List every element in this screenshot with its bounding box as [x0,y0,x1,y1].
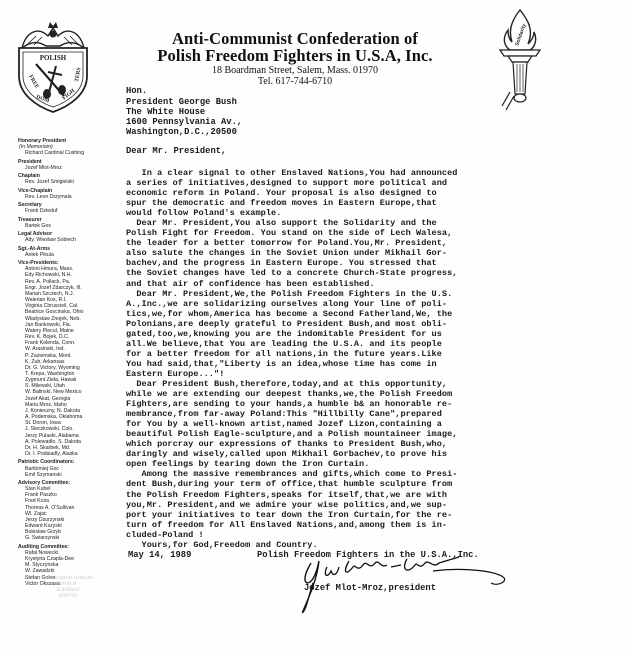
body-line: membrance,from far-away Poland:This "Hil… [126,409,457,419]
body-line: for You by a well-known artist,named Joz… [126,419,457,429]
body-line: the Polish Freedom Fighters,speaks for i… [126,490,457,500]
officer-group: ChaplainRev. Jozef Smigielski [18,173,126,185]
body-line: would follow Poland's example. [126,208,457,218]
letter-body: In a clear signal to other Enslaved Nati… [126,168,457,550]
officer-group: Legal AdvisorAtty. Wieslaw Sobiech [18,231,126,243]
salutation: Dear Mr. President, [126,146,226,156]
letter-date: May 14, 1989 [128,550,191,560]
officer-name: Jozef Mlot-Mroz [18,165,126,171]
officer-group: Patriotic Coordinators:Bartlomiej GocEmi… [18,459,126,477]
body-line: In a clear signal to other Enslaved Nati… [126,168,457,178]
organization-name-line1: Anti-Communist Confederation of [110,30,480,47]
officer-group: Sgt.-At-ArmsAntek Pikula [18,246,126,258]
body-line: a series of initiatives,designed to supp… [126,178,457,188]
address-line: President George Bush [126,97,242,107]
faded-stamp-line: AVVIEH [18,594,118,600]
solidarity-torch-logo: Solidarity [494,6,546,110]
body-line: gated,too,we,knowing you are the indomit… [126,329,457,339]
body-line: Dear Mr. President,We,the Polish Freedom… [126,289,457,299]
officer-name: G. Swiarsynski [18,535,126,541]
officer-group: Vice-ChaplainRev. Leon Drzymala [18,188,126,200]
officer-group: Advisory Committee:Stan KubelFrank Paszk… [18,480,126,542]
officer-name: Rev. Leon Drzymala [18,194,126,200]
body-line: port your initiatives to tear down the I… [126,510,457,520]
body-line: Eastern Europe..."! [126,369,457,379]
officers-sidebar: Honorary President(In Memoriam)Richard C… [18,138,126,589]
body-line: you,Mr. President,and we admire your wis… [126,500,457,510]
body-line: spur the democratic and freedom moves in… [126,198,457,208]
body-line: the Soviet changes have led to a concret… [126,268,457,278]
body-line: all.We believe,that You are leading the … [126,339,457,349]
officer-name: Antek Pikula [18,252,126,258]
body-line: also salute the changes in the Soviet Un… [126,248,457,258]
body-line: open feelings by tearing down the Iron C… [126,459,457,469]
organization-address: 18 Boardman Street, Salem, Mass. 01970 [110,65,480,76]
body-line: the leader for a better tomorrow for Pol… [126,238,457,248]
organization-name-line2: Polish Freedom Fighters in U.S.A, Inc. [110,47,480,64]
officer-group: Vice-Presidents:Antoni Hmura, Mass.Edy R… [18,260,126,457]
address-line: The White House [126,107,242,117]
body-line: Fighters,are sending to your hands,a hum… [126,399,457,409]
body-line: Dear President Bush,therefore,today,and … [126,379,457,389]
officer-group: Honorary President(In Memoriam)Richard C… [18,138,126,156]
body-line: for a better freedom for all nations,in … [126,349,457,359]
officer-name: Frank Dzieduf [18,208,126,214]
svg-text:POLISH: POLISH [40,54,67,62]
body-line: tics,we,for whom,America has become a Se… [126,309,457,319]
officer-group: PresidentJozef Mlot-Mroz [18,159,126,171]
letterhead: Anti-Communist Confederation of Polish F… [110,30,480,87]
letter-page: POLISH FREE DOM FIGH TERS Solidarity Ant… [0,0,627,656]
officer-name: Atty. Wieslaw Sobiech [18,237,126,243]
recipient-honorific: Hon. [126,86,147,96]
officer-name: Dr. I. Podsiadly, Alaska [18,451,126,457]
officer-name: Rev. Jozef Smigielski [18,179,126,185]
body-line: and that air of confidence has been esta… [126,279,457,289]
body-line: turn of freedom for All Enslaved Nations… [126,520,457,530]
body-line: You had said,that,"Liberty is an idea,wh… [126,359,457,369]
body-line: A.,Inc.,we are solidarizing ourselves al… [126,299,457,309]
body-line: beautiful Polish Eagle-sculpture,and a P… [126,429,457,439]
recipient-address: President George BushThe White House1600… [126,97,242,137]
officer-group: SecretaryFrank Dzieduf [18,202,126,214]
polish-freedom-fighters-shield-logo: POLISH FREE DOM FIGH TERS [14,14,92,114]
body-line: Dear Mr. President,You also support the … [126,218,457,228]
faded-bleedthrough-stamp: TROMOJ DNIKOJKNINN DOMSIAHOIGEAVVIEH [18,576,118,600]
body-line: bachev,and the progress in Eastern Europ… [126,258,457,268]
officer-name: Emil Szymanski [18,472,126,478]
body-line: Polonians,are deeply grateful to Preside… [126,319,457,329]
body-line: Polish Fight for Freedom. You stand on t… [126,228,457,238]
signer-name-title: Jozef Mlot-Mroz,president [304,583,436,593]
body-line: dent Bush,during your term of office,tha… [126,479,457,489]
officer-name: Bartek Gos [18,223,126,229]
body-line: while we are extending our deepest thank… [126,389,457,399]
body-line: Among the massive remembrances and gifts… [126,469,457,479]
officer-group: TreasurerBartek Gos [18,217,126,229]
officer-name: Richard Cardinal Cushing [18,150,126,156]
body-line: cluded-Poland ! [126,530,457,540]
body-line: which porcray our expressions of thanks … [126,439,457,449]
organization-telephone: Tel. 617-744-6710 [110,76,480,87]
body-line: daringly and wisely,called upon Mikhail … [126,449,457,459]
address-line: 1600 Pennsylvania Av., [126,117,242,127]
body-line: Yours,for God,Freedom and Country. [126,540,457,550]
address-line: Washington,D.C.,20500 [126,127,242,137]
body-line: economic reform in Poland. Your proposal… [126,188,457,198]
